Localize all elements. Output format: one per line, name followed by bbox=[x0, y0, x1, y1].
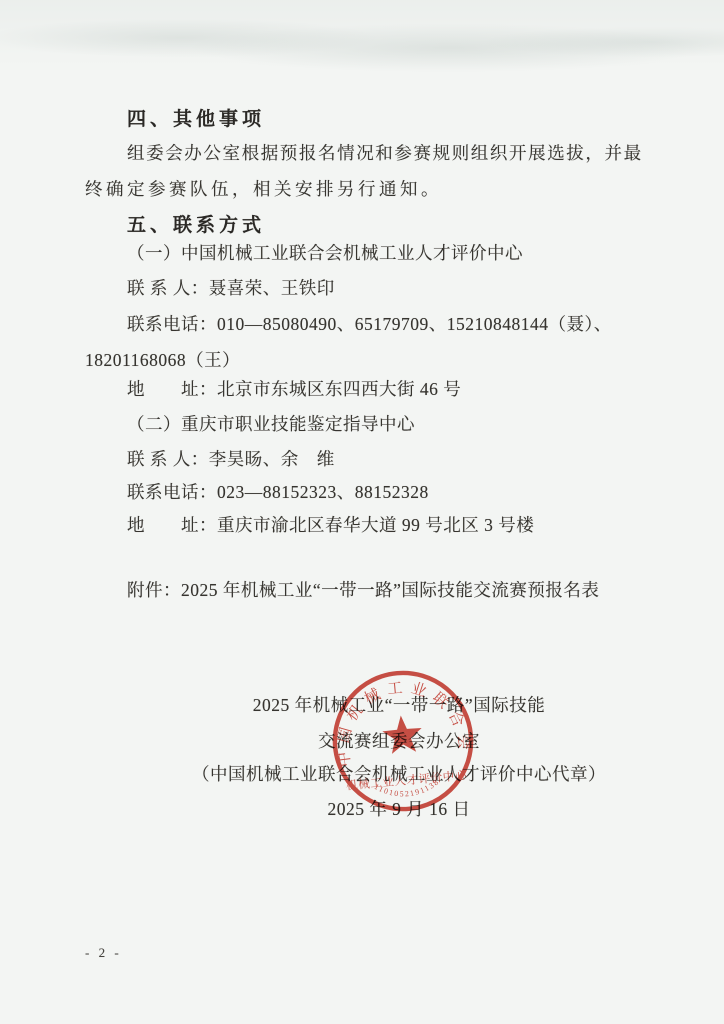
paragraph-line: 组委会办公室根据预报名情况和参赛规则组织开展选拔，并最 bbox=[127, 140, 643, 165]
paragraph-line: 终确定参赛队伍，相关安排另行通知。 bbox=[85, 176, 442, 201]
seal-star-icon bbox=[381, 714, 424, 755]
heading-contact-methods: 五、联系方式 bbox=[127, 210, 265, 237]
attachment-line: 附件：2025 年机械工业“一带一路”国际技能交流赛预报名表 bbox=[127, 577, 599, 602]
official-seal: 中国机械工业联合会 机械工业人才评价中心 1101052191138 bbox=[323, 659, 484, 823]
contact-org2-title: （二）重庆市职业技能鉴定指导中心 bbox=[127, 411, 415, 436]
document-page: 四、其他事项 组委会办公室根据预报名情况和参赛规则组织开展选拔，并最 终确定参赛… bbox=[0, 0, 724, 1024]
contact-org2-person: 联 系 人：李昊旸、余 维 bbox=[127, 446, 335, 471]
contact-org2-phone: 联系电话：023—88152323、88152328 bbox=[127, 479, 429, 504]
contact-org1-address: 地 址：北京市东城区东四西大街 46 号 bbox=[127, 376, 461, 401]
scan-artifact-band bbox=[0, 0, 724, 95]
page-number: - 2 - bbox=[85, 945, 122, 961]
contact-org1-title: （一）中国机械工业联合会机械工业人才评价中心 bbox=[127, 240, 523, 265]
contact-org1-person: 联 系 人：聂喜荣、王铁印 bbox=[127, 275, 335, 300]
heading-other-matters: 四、其他事项 bbox=[127, 104, 265, 131]
contact-org2-address: 地 址：重庆市渝北区春华大道 99 号北区 3 号楼 bbox=[127, 512, 534, 537]
contact-org1-phone-line2: 18201168068（王） bbox=[85, 347, 240, 372]
contact-org1-phone-line1: 联系电话：010—85080490、65179709、15210848144（聂… bbox=[127, 311, 612, 336]
